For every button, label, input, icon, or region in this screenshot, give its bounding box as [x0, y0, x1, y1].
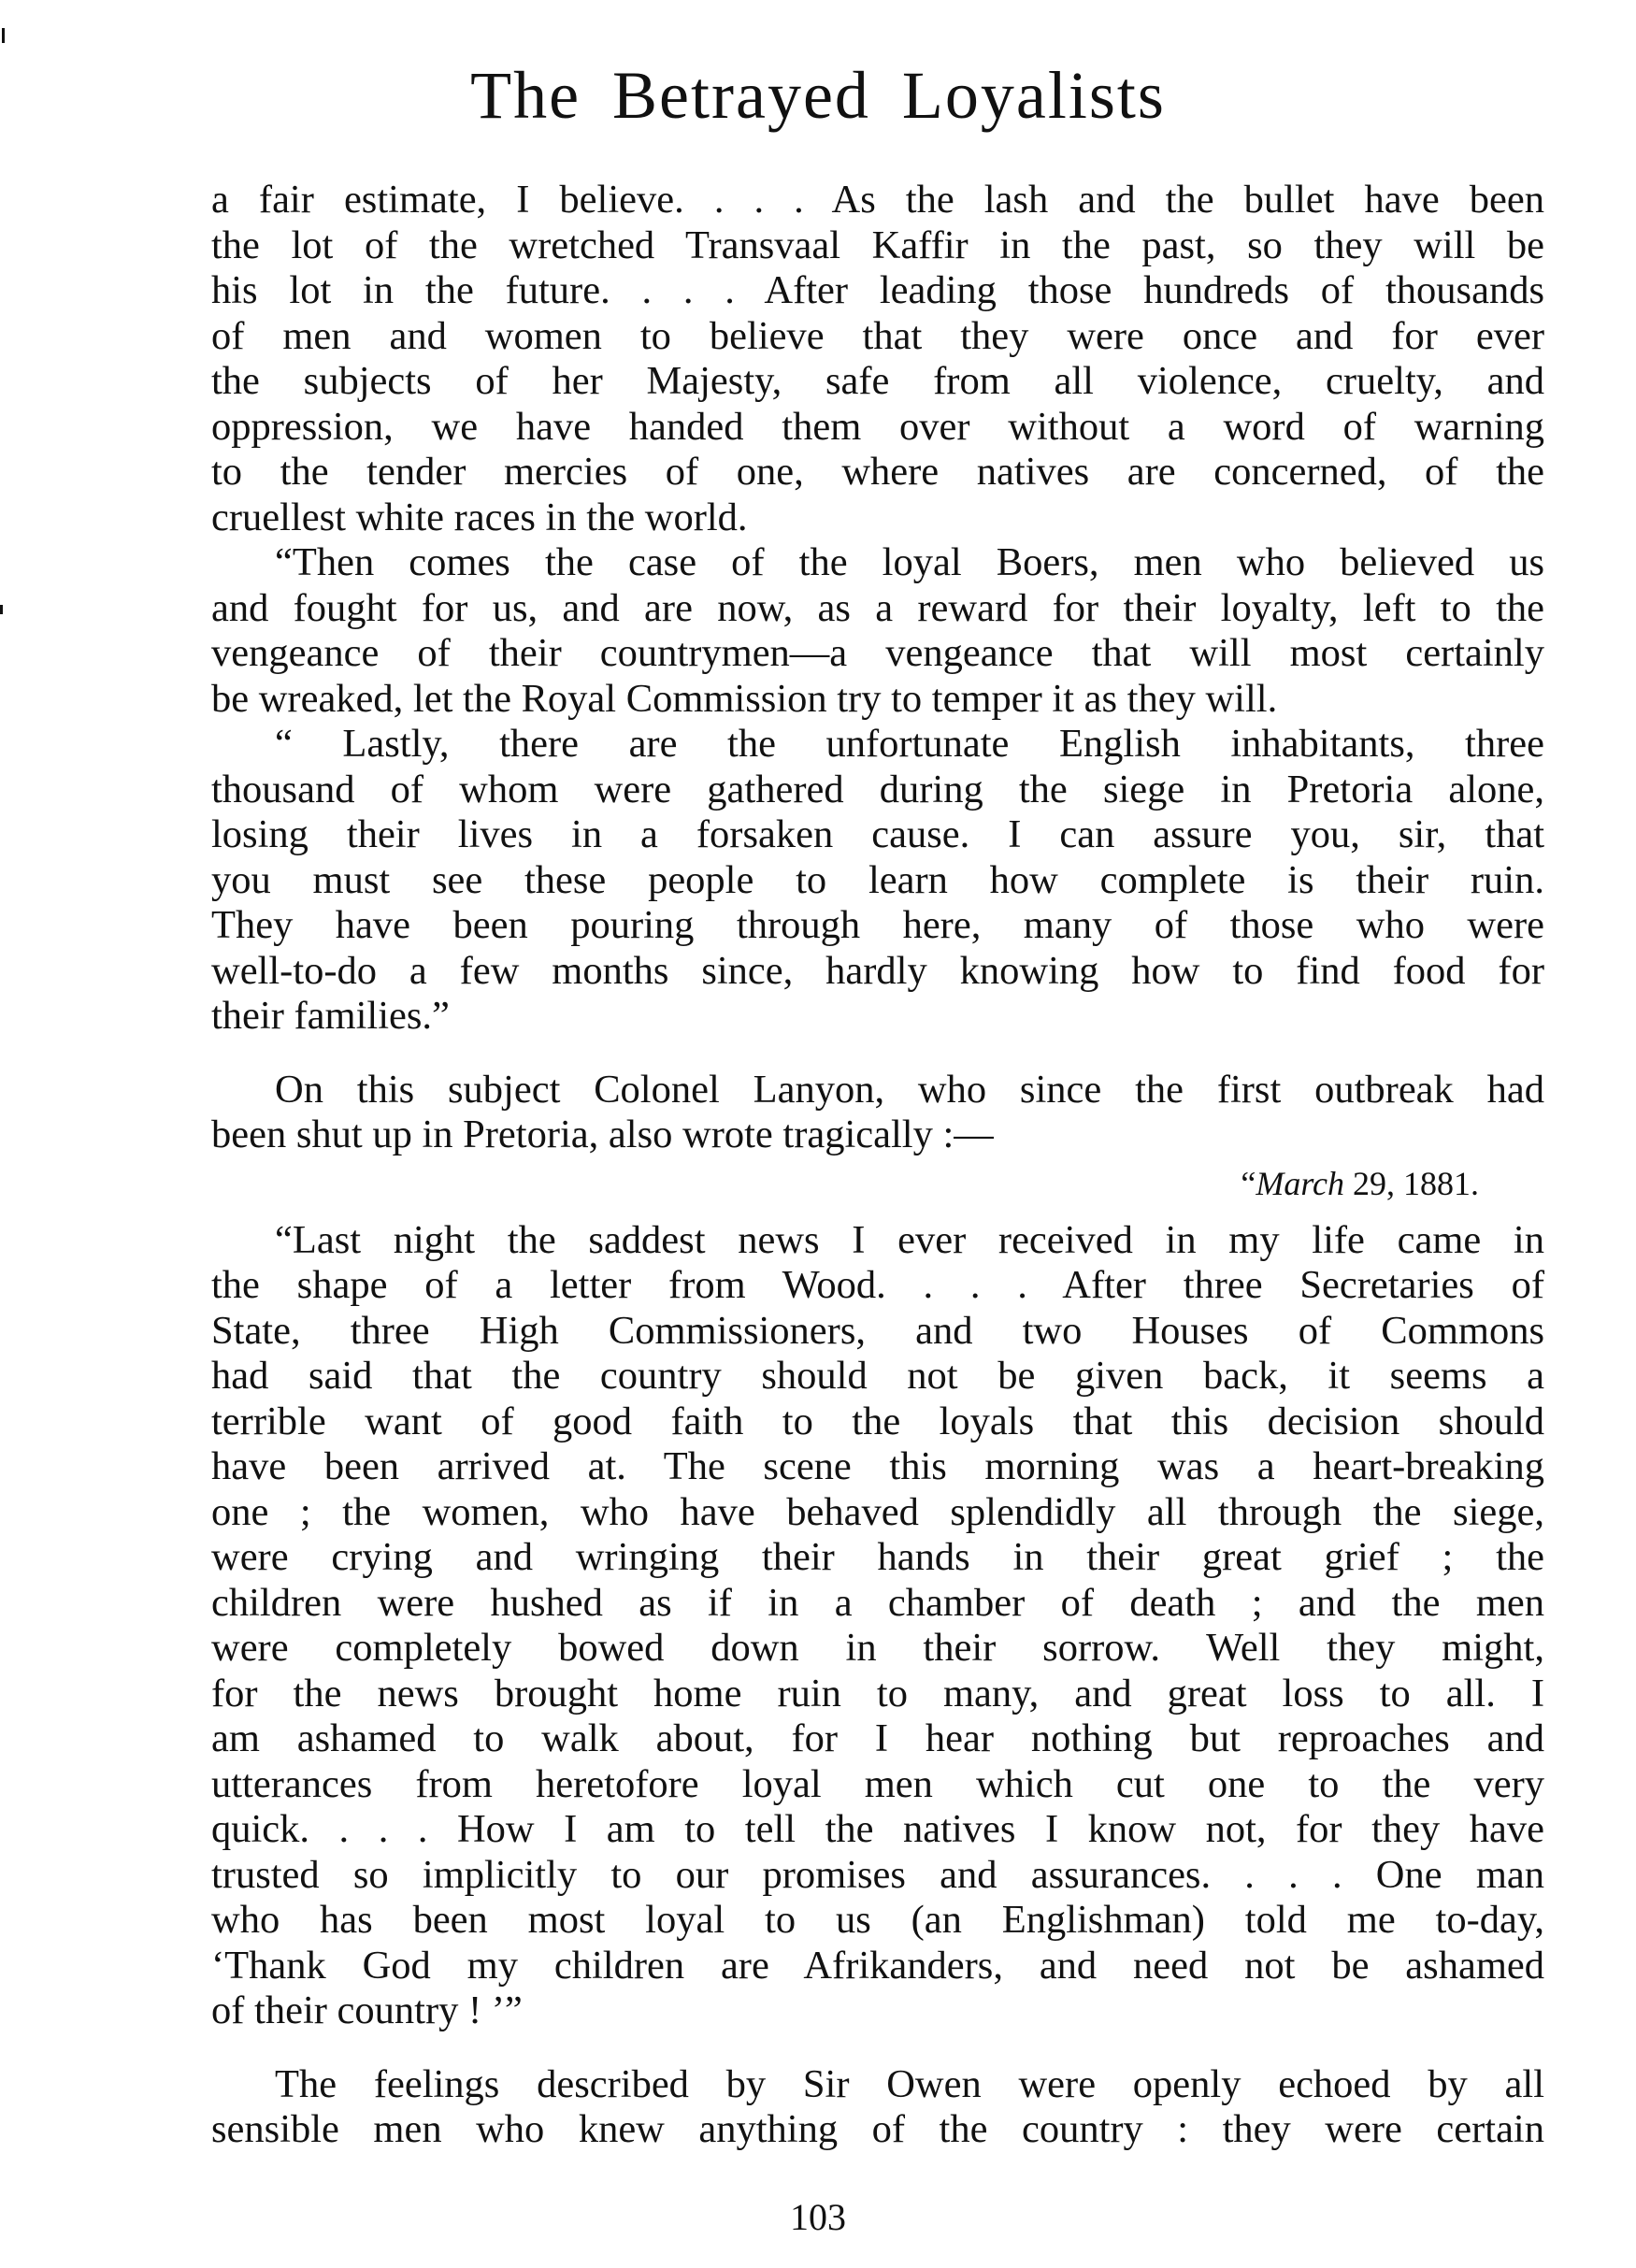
text-line: terrible want of good faith to the loyal… [211, 1400, 1544, 1445]
text-line: have been arrived at. The scene this mor… [211, 1444, 1544, 1490]
dateline-month: March [1256, 1165, 1344, 1202]
text-line: well-to-do a few months since, hardly kn… [211, 949, 1544, 995]
text-line: vengeance of their countrymen—a vengeanc… [211, 631, 1544, 677]
text-line: ‘Thank God my children are Afrikanders, … [211, 1944, 1544, 1989]
text-line: the shape of a letter from Wood. . . . A… [211, 1263, 1544, 1309]
text-line: and fought for us, and are now, as a rew… [211, 586, 1544, 632]
text-line: thousand of whom were gathered during th… [211, 768, 1544, 813]
text-line: the subjects of her Majesty, safe from a… [211, 359, 1544, 405]
text-line: who has been most loyal to us (an Englis… [211, 1898, 1544, 1944]
text-line: trusted so implicitly to our promises an… [211, 1853, 1544, 1899]
text-line: be wreaked, let the Royal Commission try… [211, 677, 1544, 723]
text-line: the lot of the wretched Transvaal Kaffir… [211, 223, 1544, 269]
dateline-open-quote: “ [1241, 1165, 1256, 1202]
text-line: “ Lastly, there are the unfortunate Engl… [211, 722, 1544, 768]
letter-dateline: “March 29, 1881. [211, 1158, 1544, 1209]
paragraph-english-inhabitants: “ Lastly, there are the unfortunate Engl… [211, 722, 1544, 1040]
text-line: children were hushed as if in a chamber … [211, 1581, 1544, 1627]
text-line: am ashamed to walk about, for I hear not… [211, 1716, 1544, 1762]
text-line: “Last night the saddest news I ever rece… [211, 1218, 1544, 1264]
dateline-day-year: 29, 1881. [1344, 1165, 1479, 1202]
text-line: for the news brought home ruin to many, … [211, 1672, 1544, 1717]
text-line: utterances from heretofore loyal men whi… [211, 1762, 1544, 1808]
text-line: quick. . . . How I am to tell the native… [211, 1807, 1544, 1853]
text-line: sensible men who knew anything of the co… [211, 2107, 1544, 2153]
text-line: They have been pouring through here, man… [211, 903, 1544, 949]
text-line: his lot in the future. . . . After leadi… [211, 268, 1544, 314]
text-line: State, three High Commissioners, and two… [211, 1309, 1544, 1355]
page-number: 103 [0, 2195, 1636, 2240]
text-line: one ; the women, who have behaved splend… [211, 1490, 1544, 1536]
text-line: oppression, we have handed them over wit… [211, 405, 1544, 451]
paragraph-lanyon-letter: “Last night the saddest news I ever rece… [211, 1218, 1544, 2034]
text-line: their families.” [211, 994, 1544, 1040]
page-title: The Betrayed Loyalists [0, 58, 1636, 133]
text-line: “Then comes the case of the loyal Boers,… [211, 540, 1544, 586]
text-line: were crying and wringing their hands in … [211, 1535, 1544, 1581]
scan-mark-mid-left [0, 605, 3, 614]
text-line: you must see these people to learn how c… [211, 858, 1544, 904]
paragraph-sir-owen-feelings: The feelings described by Sir Owen were … [211, 2062, 1544, 2153]
text-line: to the tender mercies of one, where nati… [211, 450, 1544, 495]
text-line: of men and women to believe that they we… [211, 314, 1544, 360]
text-line: The feelings described by Sir Owen were … [211, 2062, 1544, 2108]
text-line: cruellest white races in the world. [211, 495, 1544, 541]
text-line: losing their lives in a forsaken cause. … [211, 812, 1544, 858]
text-line: a fair estimate, I believe. . . . As the… [211, 178, 1544, 223]
paragraph-continuation: a fair estimate, I believe. . . . As the… [211, 178, 1544, 540]
text-line: of their country ! ’” [211, 1988, 1544, 2034]
paragraph-lanyon-intro: On this subject Colonel Lanyon, who sinc… [211, 1068, 1544, 1158]
text-line: were completely bowed down in their sorr… [211, 1626, 1544, 1672]
text-line: On this subject Colonel Lanyon, who sinc… [211, 1068, 1544, 1113]
page-body: a fair estimate, I believe. . . . As the… [211, 178, 1544, 2153]
text-line: been shut up in Pretoria, also wrote tra… [211, 1112, 1544, 1158]
text-line: had said that the country should not be … [211, 1354, 1544, 1400]
scan-mark-top-left [2, 28, 5, 43]
paragraph-loyal-boers: “Then comes the case of the loyal Boers,… [211, 540, 1544, 722]
